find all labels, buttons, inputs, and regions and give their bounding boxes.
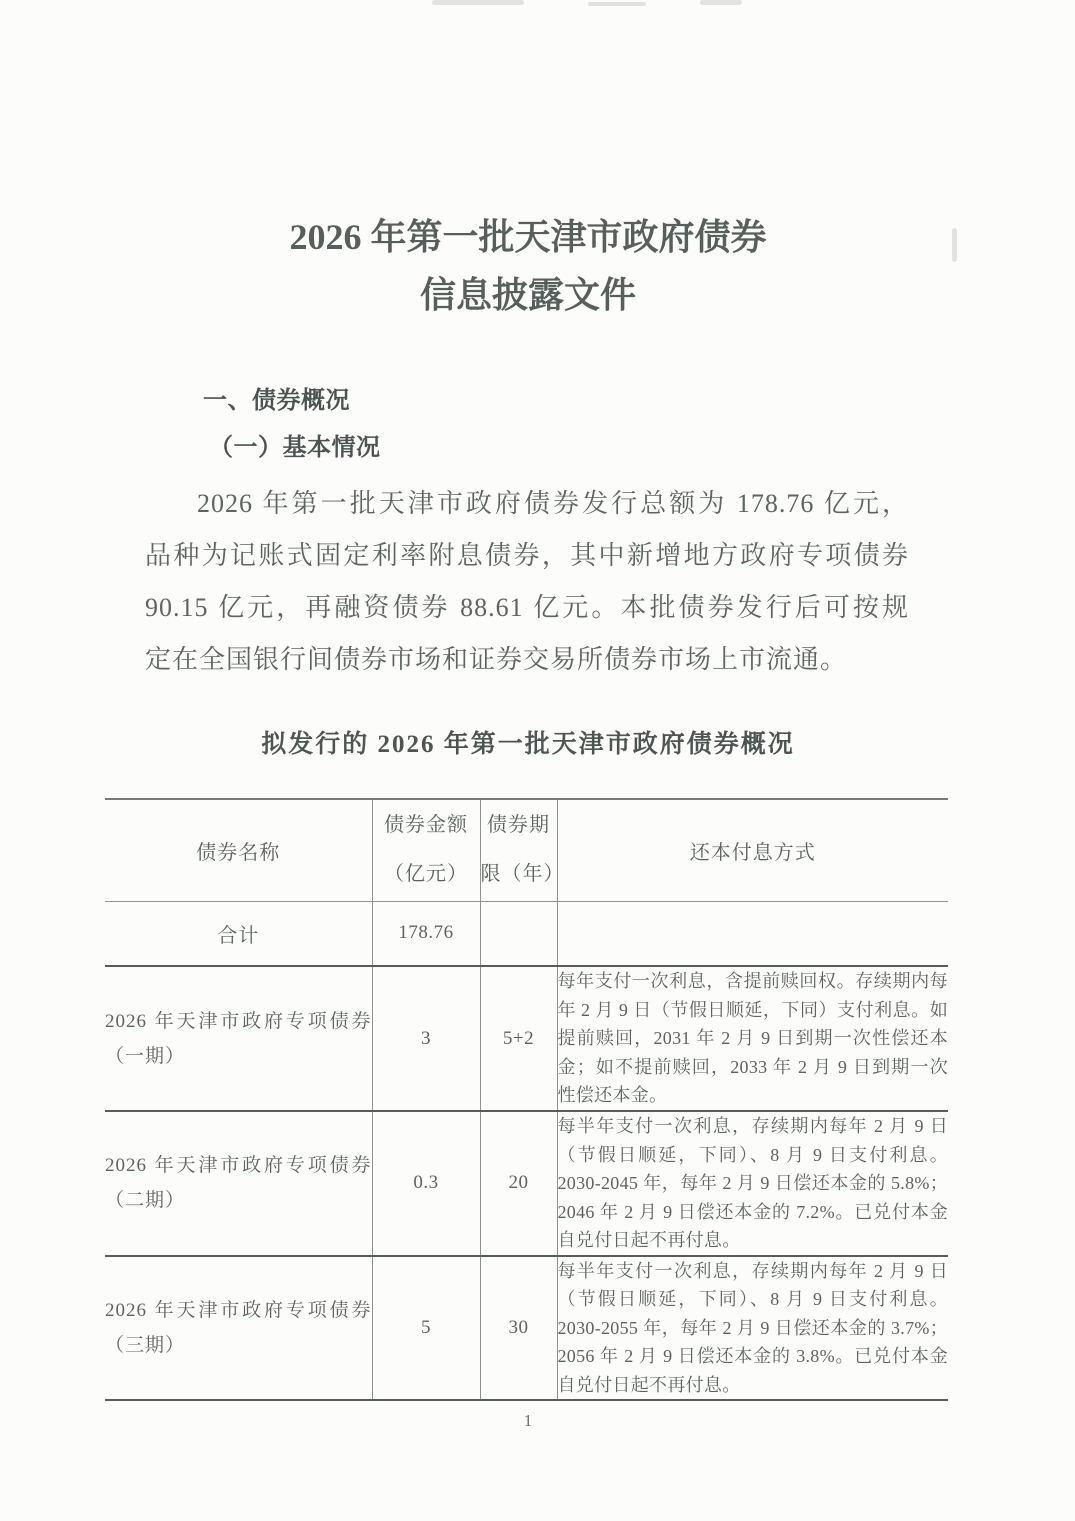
table-row: 2026 年天津市政府专项债券（三期） 5 30 每半年支付一次利息，存续期内每… — [105, 1256, 948, 1401]
scan-artifact — [432, 0, 524, 5]
total-term — [480, 901, 557, 966]
total-label: 合计 — [105, 901, 372, 966]
header-bond-amount-line-2: （亿元） — [373, 850, 480, 899]
bond-name: 2026 年天津市政府专项债券（二期） — [105, 1111, 372, 1256]
scan-artifact — [952, 228, 957, 262]
intro-paragraph: 2026 年第一批天津市政府债券发行总额为 178.76 亿元， 品种为记账式固… — [145, 478, 909, 686]
bond-amount: 3 — [372, 966, 480, 1111]
subsection-heading: （一）基本情况 — [209, 431, 1075, 466]
header-bond-term-line-1: 债券期 — [481, 801, 557, 850]
document-title: 2026 年第一批天津市政府债券 信息披露文件 — [0, 208, 1056, 324]
header-bond-name: 债券名称 — [105, 799, 372, 901]
bond-payment-method: 每半年支付一次利息，存续期内每年 2 月 9 日（节假日顺延，下同）、8 月 9… — [557, 1111, 948, 1256]
table-title: 拟发行的 2026 年第一批天津市政府债券概况 — [0, 728, 1056, 762]
bond-name: 2026 年天津市政府专项债券（三期） — [105, 1256, 372, 1401]
header-bond-amount-line-1: 债券金额 — [373, 801, 480, 850]
bond-amount: 5 — [372, 1256, 480, 1401]
paragraph-line: 定在全国银行间债券市场和证券交易所债券市场上市流通。 — [145, 634, 909, 686]
bond-term: 20 — [480, 1111, 557, 1256]
bond-term: 5+2 — [480, 966, 557, 1111]
total-amount: 178.76 — [372, 901, 480, 966]
paragraph-line: 90.15 亿元，再融资债券 88.61 亿元。本批债券发行后可按规 — [145, 582, 909, 634]
bond-payment-method: 每年支付一次利息，含提前赎回权。存续期内每年 2 月 9 日（节假日顺延，下同）… — [557, 966, 948, 1111]
header-bond-amount: 债券金额 （亿元） — [372, 799, 480, 901]
scan-artifact — [588, 2, 646, 6]
table-row: 2026 年天津市政府专项债券（一期） 3 5+2 每年支付一次利息，含提前赎回… — [105, 966, 948, 1111]
bond-payment-method: 每半年支付一次利息，存续期内每年 2 月 9 日（节假日顺延，下同）、8 月 9… — [557, 1256, 948, 1401]
header-bond-term: 债券期 限（年） — [480, 799, 557, 901]
header-bond-term-line-2: 限（年） — [481, 850, 557, 899]
document-page: 2026 年第一批天津市政府债券 信息披露文件 一、债券概况 （一）基本情况 2… — [0, 0, 1075, 1521]
table-total-row: 合计 178.76 — [105, 901, 948, 966]
page-number: 1 — [0, 1411, 1056, 1431]
bond-amount: 0.3 — [372, 1111, 480, 1256]
scan-artifact — [700, 0, 742, 5]
bond-overview-table: 债券名称 债券金额 （亿元） 债券期 限（年） 还本付息方式 合计 178.76… — [105, 798, 948, 1401]
bond-term: 30 — [480, 1256, 557, 1401]
header-payment-method: 还本付息方式 — [557, 799, 948, 901]
document-title-line-2: 信息披露文件 — [0, 266, 1056, 324]
paragraph-line: 2026 年第一批天津市政府债券发行总额为 178.76 亿元， — [145, 478, 909, 530]
table-row: 2026 年天津市政府专项债券（二期） 0.3 20 每半年支付一次利息，存续期… — [105, 1111, 948, 1256]
section-heading: 一、债券概况 — [203, 384, 1075, 419]
table-header-row: 债券名称 债券金额 （亿元） 债券期 限（年） 还本付息方式 — [105, 799, 948, 901]
document-title-line-1: 2026 年第一批天津市政府债券 — [0, 208, 1056, 266]
bond-name: 2026 年天津市政府专项债券（一期） — [105, 966, 372, 1111]
total-payment — [557, 901, 948, 966]
paragraph-line: 品种为记账式固定利率附息债券，其中新增地方政府专项债券 — [145, 530, 909, 582]
